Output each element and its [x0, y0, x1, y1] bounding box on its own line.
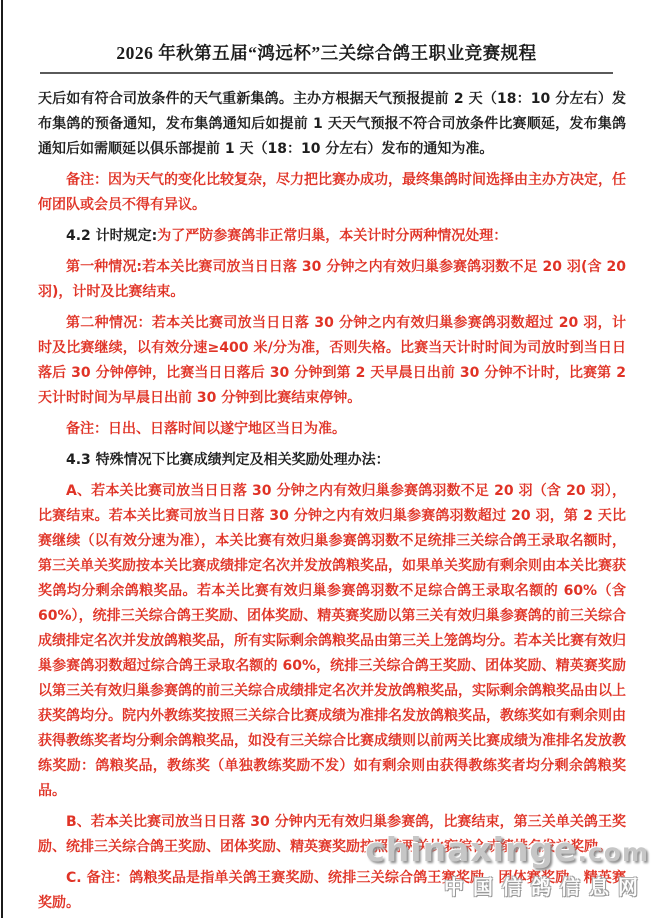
paragraph-clause-a: A、若本关比赛司放当日日落 30 分钟之内有效归巢参赛鸽羽数不足 20 羽（含 … [38, 479, 626, 804]
watermark: chinaxinge.com 中国信鸽信息网 [365, 833, 649, 900]
timing-rule-text: 为了严防参赛鸽非正常归巢，本关计时分两种情况处理： [157, 228, 507, 244]
title-rule [40, 72, 613, 74]
watermark-brand: chinaxinge.com [365, 833, 649, 866]
paragraph-note-sunrise: 备注：日出、日落时间以遂宁地区当日为准。 [38, 417, 626, 442]
paragraph-note-weather: 备注：因为天气的变化比较复杂，尽力把比赛办成功，最终集鸽时间选择由主办方决定，任… [38, 168, 626, 218]
document-page: 2026 年秋第五届“鸿远杯”三关综合鸽王职业竞赛规程 天后如有符合司放条件的天… [0, 0, 653, 918]
paragraph-case-two: 第二种情况：若本关比赛司放当日日落 30 分钟之内有效归巢参赛鸽羽数超过 20 … [38, 311, 626, 411]
watermark-domain-suffix: .com [577, 838, 649, 867]
watermark-brand-text: chinaxinge [365, 830, 577, 869]
paragraph-special-cases-heading: 4.3 特殊情况下比赛成绩判定及相关奖励处理办法： [38, 448, 626, 473]
page-title: 2026 年秋第五届“鸿远杯”三关综合鸽王职业竞赛规程 [0, 0, 653, 65]
paragraph-timing-rule: 4.2 计时规定:为了严防参赛鸽非正常归巢，本关计时分两种情况处理： [38, 224, 626, 249]
paragraph-weather-regather: 天后如有符合司放条件的天气重新集鸽。主办方根据天气预报提前 2 天（18：10 … [38, 87, 626, 162]
timing-rule-label: 4.2 计时规定: [66, 228, 157, 244]
page-edge-line [1, 0, 3, 918]
document-body: 天后如有符合司放条件的天气重新集鸽。主办方根据天气预报提前 2 天（18：10 … [38, 87, 626, 916]
paragraph-case-one: 第一种情况:若本关比赛司放当日日落 30 分钟之内有效归巢参赛鸽羽数不足 20 … [38, 255, 626, 305]
watermark-subtitle: 中国信鸽信息网 [365, 871, 647, 900]
